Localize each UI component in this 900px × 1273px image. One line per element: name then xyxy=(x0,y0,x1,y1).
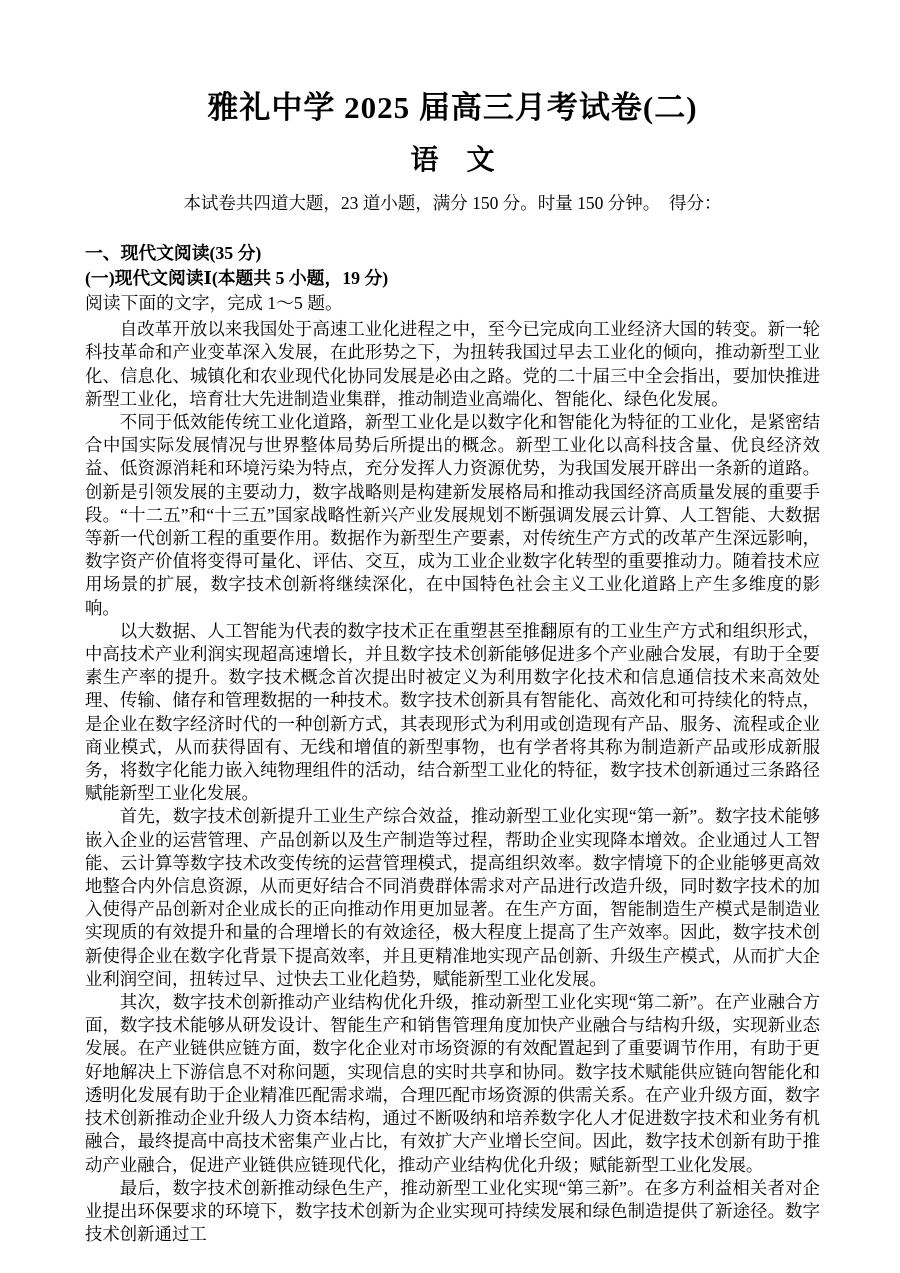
section-header: 一、现代文阅读(35 分) (一)现代文阅读Ⅰ(本题共 5 小题，19 分) 阅… xyxy=(85,241,820,316)
passage-paragraph: 最后，数字技术创新推动绿色生产，推动新型工业化实现“第三新”。在多方利益相关者对… xyxy=(85,1177,820,1247)
passage-paragraph: 自改革开放以来我国处于高速工业化进程之中，至今已完成向工业经济大国的转变。新一轮… xyxy=(85,318,820,411)
passage-paragraph: 其次，数字技术创新推动产业结构优化升级，推动新型工业化实现“第二新”。在产业融合… xyxy=(85,991,820,1177)
exam-info-line: 本试卷共四道大题，23 道小题，满分 150 分。时量 150 分钟。 得分： xyxy=(85,192,820,215)
passage-paragraph: 首先，数字技术创新提升工业生产综合效益，推动新型工业化实现“第一新”。数字技术能… xyxy=(85,805,820,991)
exam-paper-page: 雅礼中学 2025 届高三月考试卷(二) 语 文 本试卷共四道大题，23 道小题… xyxy=(0,0,900,1273)
section-heading: 一、现代文阅读(35 分) xyxy=(85,241,820,266)
passage-paragraph: 以大数据、人工智能为代表的数字技术正在重塑甚至推翻原有的工业生产方式和组织形式，… xyxy=(85,620,820,806)
passage-paragraph: 不同于低效能传统工业化道路，新型工业化是以数字化和智能化为特征的工业化，是紧密结… xyxy=(85,411,820,620)
section-instruction: 阅读下面的文字，完成 1～5 题。 xyxy=(85,291,820,316)
reading-passage: 自改革开放以来我国处于高速工业化进程之中，至今已完成向工业经济大国的转变。新一轮… xyxy=(85,318,820,1246)
section-subheading: (一)现代文阅读Ⅰ(本题共 5 小题，19 分) xyxy=(85,266,820,291)
exam-title: 雅礼中学 2025 届高三月考试卷(二) xyxy=(85,90,820,126)
exam-subject: 语 文 xyxy=(85,146,820,177)
